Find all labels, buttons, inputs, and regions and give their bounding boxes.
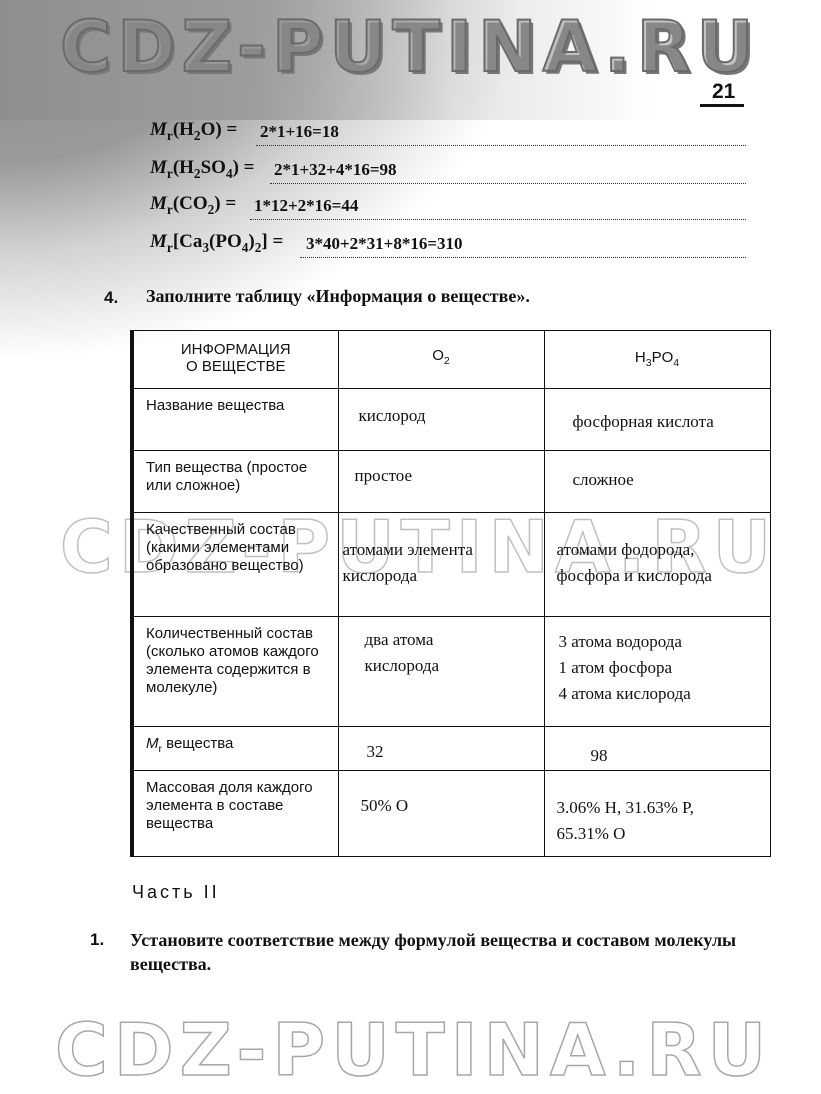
answer-line xyxy=(270,183,746,184)
formula-answer: 2*1+32+4*16=98 xyxy=(274,160,397,180)
row-label: Тип вещества (простое или сложное) xyxy=(134,451,338,501)
formula-ca3po42: Mr[Ca3(PO4)2] = 3*40+2*31+8*16=310 xyxy=(150,228,746,258)
table-row: Mr вещества 32 98 xyxy=(132,727,770,771)
row-label: Массовая доля каждого элемента в составе… xyxy=(134,771,338,839)
formula-label: Mr[Ca3(PO4)2] = xyxy=(150,231,283,256)
cell-value: атомами фодорода, фосфора и кислорода xyxy=(545,513,770,589)
cell-value: 98 xyxy=(545,727,770,769)
formula-h2o: Mr(H2O) = 2*1+16=18 xyxy=(150,116,746,146)
cell-value: сложное xyxy=(545,451,770,493)
cell-value: 50% O xyxy=(339,771,544,819)
formula-label: Mr(CO2) = xyxy=(150,193,236,218)
formula-h2so4: Mr(H2SO4) = 2*1+32+4*16=98 xyxy=(150,154,746,184)
answer-line xyxy=(300,257,746,258)
cell-value: два атома кислорода xyxy=(339,617,544,679)
cell-value: 3.06% H, 31.63% P, 65.31% O xyxy=(545,771,770,847)
cell-value: кислород xyxy=(339,389,544,429)
question-number: 1. xyxy=(90,930,104,950)
formula-co2: Mr(CO2) = 1*12+2*16=44 xyxy=(150,190,746,220)
table-row: Тип вещества (простое или сложное) прост… xyxy=(132,451,770,513)
row-label: Количественный состав (сколько атомов ка… xyxy=(134,617,338,703)
page-number: 21 xyxy=(712,80,735,104)
cell-value: фосфорная кислота xyxy=(545,389,770,435)
formula-answer: 2*1+16=18 xyxy=(260,122,339,142)
row-label: Mr вещества xyxy=(134,727,338,764)
formula-label: Mr(H2SO4) = xyxy=(150,157,255,182)
cell-value: атомами элемента кислорода xyxy=(339,513,544,589)
table-row: Массовая доля каждого элемента в составе… xyxy=(132,771,770,857)
formula-label: Mr(H2O) = xyxy=(150,119,237,144)
table-row: Количественный состав (сколько атомов ка… xyxy=(132,617,770,727)
table-row: Качественный состав (какими элементами о… xyxy=(132,513,770,617)
cell-value: 32 xyxy=(339,727,544,765)
formula-answer: 1*12+2*16=44 xyxy=(254,196,358,216)
cell-value: простое xyxy=(339,451,544,489)
formula-answer: 3*40+2*31+8*16=310 xyxy=(306,234,463,254)
answer-line xyxy=(250,219,746,220)
header-cell-h3po4: H3PO4 xyxy=(544,331,770,389)
part-heading: Часть II xyxy=(132,882,220,903)
page-number-underline xyxy=(700,104,744,107)
watermark-bottom: CDZ-PUTINA.RU xyxy=(55,1008,772,1092)
question-text: Установите соответствие между формулой в… xyxy=(130,928,750,976)
header-cell-o2: O2 xyxy=(338,331,544,389)
row-label: Качественный состав (какими элементами о… xyxy=(134,513,338,581)
table-header-row: ИНФОРМАЦИЯ О ВЕЩЕСТВЕ O2 H3PO4 xyxy=(132,331,770,389)
cell-value: 3 атома водорода 1 атом фосфора 4 атома … xyxy=(545,617,770,707)
substance-info-table: ИНФОРМАЦИЯ О ВЕЩЕСТВЕ O2 H3PO4 Название … xyxy=(130,330,771,857)
task-number: 4. xyxy=(104,288,118,308)
watermark-top: CDZ-PUTINA.RU xyxy=(60,6,759,88)
task-instruction: Заполните таблицу «Информация о веществе… xyxy=(146,286,530,307)
table-row: Название вещества кислород фосфорная кис… xyxy=(132,389,770,451)
row-label: Название вещества xyxy=(134,389,338,421)
header-cell-info: ИНФОРМАЦИЯ О ВЕЩЕСТВЕ xyxy=(132,331,338,389)
answer-line xyxy=(256,145,746,146)
